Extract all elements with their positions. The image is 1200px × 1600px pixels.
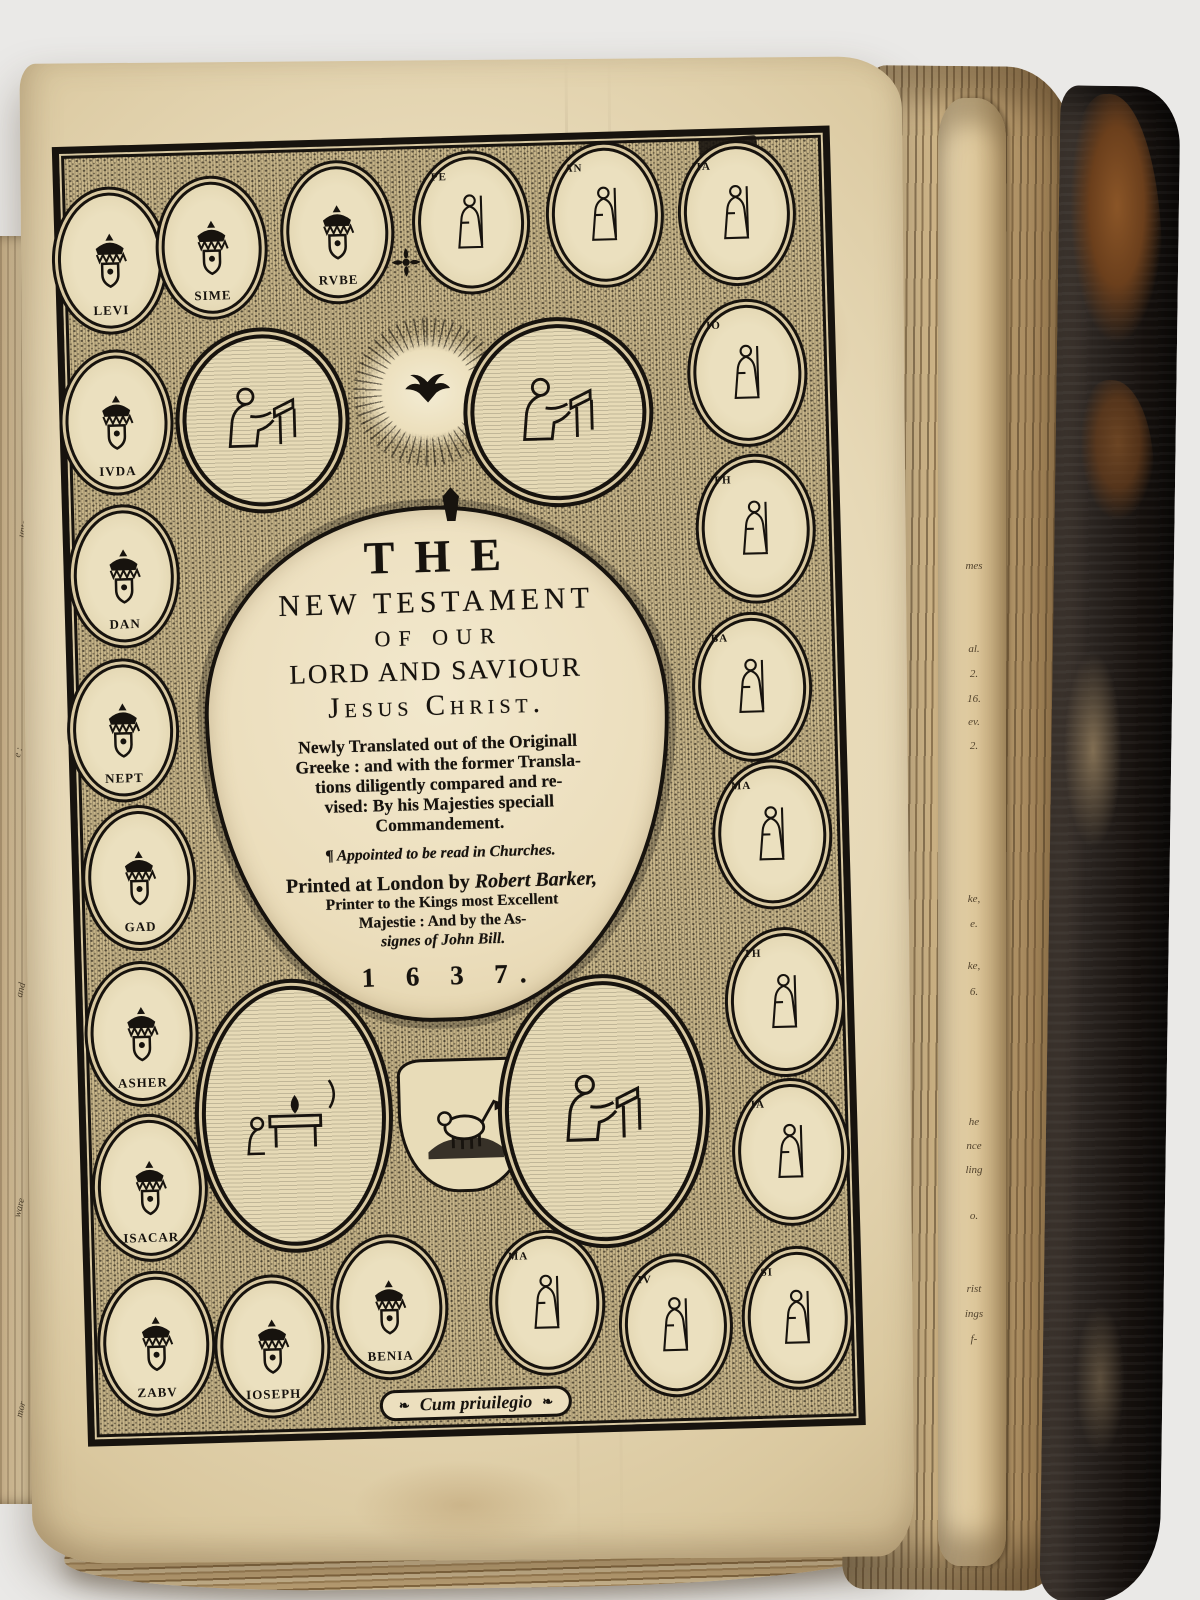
medallion-label: SI (760, 1266, 773, 1278)
apostle-figure-icon (451, 191, 491, 254)
title-line-jesus-christ: Jesus Christ. (328, 689, 546, 724)
dove-icon (395, 364, 460, 420)
tent-icon (189, 218, 235, 277)
medallion-label: IO (706, 320, 721, 332)
edge-fragment: nce (948, 1140, 1000, 1152)
medallion-joseph: IOSEPH (219, 1279, 327, 1414)
worn-leather-patch (1058, 620, 1128, 880)
evangelist-scene-bottom-right (501, 978, 706, 1243)
title-cartouche: THE NEW TESTAMENT OF OUR LORD AND SAVIOU… (199, 499, 677, 1028)
tent-icon (119, 1004, 165, 1063)
medallion-judah: IVDA (64, 354, 170, 491)
title-line-new-testament: NEW TESTAMENT (273, 583, 594, 622)
medallion-label: ZABV (137, 1384, 178, 1401)
tent-icon (87, 231, 133, 290)
medallion-jude: IV (623, 1258, 729, 1393)
medallion-label: LEVI (93, 302, 129, 319)
medallion-bartholomew: BA (696, 616, 808, 757)
tent-icon (127, 1158, 173, 1217)
medallion-label: GAD (124, 919, 156, 936)
edge-fragment: 2. (948, 668, 1000, 680)
apostle-figure-icon (585, 183, 625, 246)
medallion-benjamin: BENIA (334, 1239, 444, 1376)
medallion-label: TH (743, 948, 761, 960)
protruding-page-edge: mes al. 2. 16. ev. 2. ke, e. ke, 6. he n… (938, 98, 1006, 1566)
edge-fragment: 2. (948, 740, 1000, 752)
apostle-figure-icon (728, 341, 768, 404)
publication-year: 1 6 3 7. (349, 958, 539, 994)
medallion-peter: PE (416, 155, 526, 290)
sacrifice-scene-bottom-left (198, 983, 389, 1248)
medallion-reuben: RVBE (284, 165, 390, 300)
book-photo: Apocrypha unto e : and ware mor mes al. … (0, 0, 1200, 1600)
banner-ornament-icon: ❧ (542, 1393, 553, 1409)
apostle-figure-icon (736, 497, 776, 560)
medallion-label: IA (696, 161, 711, 173)
lamb-icon (417, 1084, 511, 1167)
tent-icon (250, 1317, 296, 1376)
medallion-label: IVDA (99, 463, 137, 480)
edge-fragment: rist (948, 1283, 1000, 1295)
tent-icon (314, 203, 360, 262)
medallion-andrew: AN (550, 146, 660, 283)
medallion-issachar: ISACAR (96, 1118, 204, 1257)
medallion-zebulun: ZABV (101, 1275, 211, 1412)
edge-fragment: he (948, 1116, 1000, 1128)
left-leaf-fragment: ware (12, 1197, 27, 1219)
altar-scene-icon (240, 1056, 347, 1175)
medallion-label: NEPT (105, 770, 144, 787)
privilege-text: Cum priuilegio (419, 1391, 532, 1415)
apostle-figure-icon (656, 1294, 696, 1357)
apostle-figure-icon (717, 182, 757, 245)
medallion-thomas: TH (729, 932, 841, 1073)
apostle-figure-icon (778, 1286, 818, 1349)
title-page: LEVI SIME RVBE PE AN IA (19, 56, 914, 1564)
medallion-gad: GAD (86, 810, 192, 947)
tent-icon (133, 1314, 179, 1373)
edge-fragment: mes (948, 560, 1000, 572)
evangelist-icon (505, 365, 612, 460)
medallion-label: BA (711, 632, 729, 644)
evangelist-scene-top-left (180, 332, 345, 508)
left-leaf-fragment: and (14, 981, 28, 998)
banner-ornament-icon: ❧ (399, 1397, 410, 1413)
tent-icon (116, 848, 162, 907)
title-line-the: THE (343, 531, 521, 582)
page-stain (352, 1459, 573, 1551)
title-line-lord-saviour: LORD AND SAVIOUR (289, 654, 582, 689)
edge-fragment: f- (948, 1333, 1000, 1345)
medallion-simeon: SIME (160, 180, 264, 315)
medallion-label: MA (731, 780, 752, 793)
imprint-block: Printed at London by Robert Barker, Prin… (286, 869, 599, 954)
tent-icon (94, 393, 140, 452)
medallion-matthias: MA (493, 1234, 601, 1371)
medallion-asher: ASHER (89, 966, 195, 1103)
evangelist-icon (548, 1061, 661, 1162)
edge-fragment: ling (948, 1164, 1000, 1176)
worn-leather-patch (1070, 1280, 1130, 1480)
medallion-john: IO (691, 303, 803, 442)
edge-fragment: ke, (948, 893, 1000, 905)
apostle-figure-icon (527, 1271, 567, 1334)
medallion-naphtali: NEPT (71, 663, 175, 798)
appointed-line: ¶ Appointed to be read in Churches. (326, 841, 556, 865)
tent-icon (367, 1278, 413, 1337)
medallion-label: IA (751, 1099, 766, 1111)
medallion-levi: LEVI (56, 191, 164, 330)
title-line-of-our: OF OUR (366, 625, 503, 651)
medallion-label: IOSEPH (246, 1386, 302, 1404)
imprint-text: signes of (381, 932, 442, 951)
edge-fragment: ke, (948, 960, 1000, 972)
flower-ornament-icon (388, 244, 425, 281)
medallion-label: PH (714, 474, 732, 486)
medallion-simon: SI (746, 1250, 850, 1385)
medallion-label: RVBE (319, 272, 359, 289)
medallion-matthew: MA (716, 764, 828, 905)
medallion-label: SIME (194, 287, 232, 304)
medallion-dan: DAN (72, 509, 176, 644)
printer-name: Robert Barker, (475, 867, 598, 892)
left-leaf-fragment: e : (12, 746, 25, 759)
privilege-banner: ❧ Cum priuilegio ❧ (379, 1385, 572, 1421)
medallion-label: IV (637, 1274, 652, 1286)
medallion-label: DAN (109, 616, 141, 633)
medallion-label: BENIA (367, 1348, 414, 1365)
subtitle-block: Newly Translated out of the Originall Gr… (295, 730, 583, 838)
medallion-label: MA (508, 1250, 529, 1263)
medallion-philip: PH (700, 458, 812, 599)
apostle-figure-icon (765, 971, 805, 1034)
tent-icon (101, 547, 147, 606)
left-leaf-fragment: mor (14, 1400, 29, 1418)
medallion-james-less: IA (736, 1082, 846, 1221)
edge-fragment: al. (948, 643, 1000, 655)
medallion-james: IA (682, 145, 792, 282)
medallion-label: ISACAR (123, 1229, 179, 1247)
edge-fragment: 6. (948, 986, 1000, 998)
tent-icon (100, 701, 146, 760)
edge-fragment: ev. (948, 716, 1000, 728)
apostle-figure-icon (732, 655, 772, 718)
edge-fragment: ings (948, 1308, 1000, 1320)
apostle-figure-icon (771, 1120, 811, 1183)
edge-fragment: e. (948, 918, 1000, 930)
apostle-figure-icon (752, 803, 792, 866)
medallion-label: PE (431, 171, 447, 183)
evangelist-icon (211, 375, 313, 466)
edge-fragment: 16. (948, 693, 1000, 705)
engraved-border: LEVI SIME RVBE PE AN IA (52, 125, 866, 1446)
publisher-name: John Bill. (441, 930, 505, 949)
medallion-label: AN (564, 162, 582, 174)
medallion-label: ASHER (118, 1074, 168, 1091)
edge-fragment: o. (948, 1210, 1000, 1222)
